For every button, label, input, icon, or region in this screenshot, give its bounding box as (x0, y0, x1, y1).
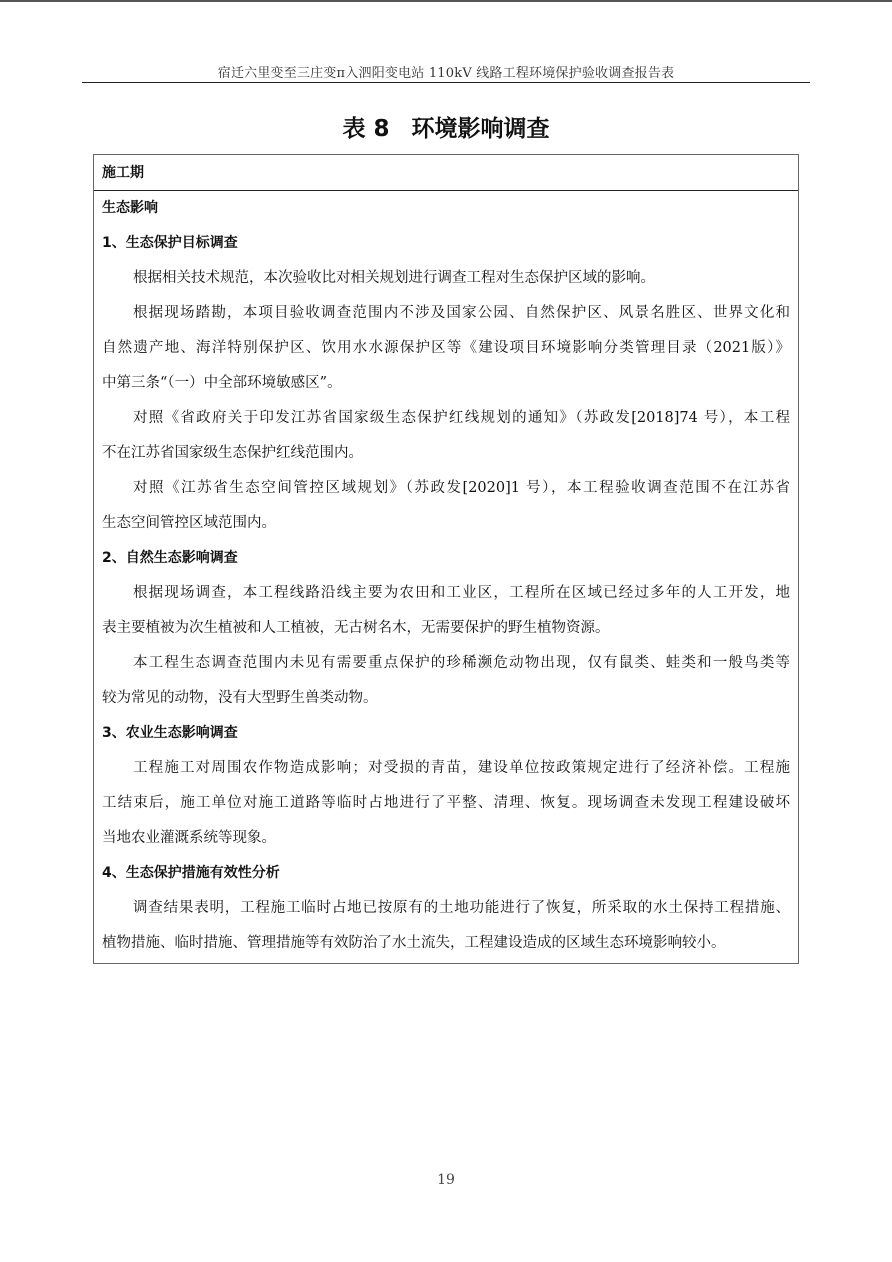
section-heading: 3、农业生态影响调查 (102, 716, 790, 751)
paragraph-line: 根据现场调查，本工程线路沿线主要为农田和工业区，工程所在区域已经过多年的人工开发… (102, 576, 790, 611)
paragraph-line: 当地农业灌溉系统等现象。 (102, 821, 790, 856)
paragraph-line: 不在江苏省国家级生态保护红线范围内。 (102, 436, 790, 471)
paragraph-line: 工程施工对周围农作物造成影响；对受损的青苗，建设单位按政策规定进行了经济补偿。工… (102, 751, 790, 786)
section-heading: 1、生态保护目标调查 (102, 226, 790, 261)
running-header: 宿迁六里变至三庄变π入泗阳变电站 110kV 线路工程环境保护验收调查报告表 (82, 62, 810, 81)
section-heading: 4、生态保护措施有效性分析 (102, 856, 790, 891)
page-number: 19 (0, 1172, 892, 1188)
paragraph-line: 调查结果表明，工程施工临时占地已按原有的土地功能进行了恢复，所采取的水土保持工程… (102, 891, 790, 926)
header-rule (82, 82, 810, 83)
table-title: 表 8环境影响调查 (0, 110, 892, 143)
construction-period-header: 施工期 (94, 155, 798, 191)
paragraph-line: 根据相关技术规范，本次验收比对相关规划进行调查工程对生态保护区域的影响。 (102, 261, 790, 296)
paragraph-line: 本工程生态调查范围内未见有需要重点保护的珍稀濒危动物出现，仅有鼠类、蛙类和一般鸟… (102, 646, 790, 681)
paragraph-line: 较为常见的动物，没有大型野生兽类动物。 (102, 681, 790, 716)
paragraph-line: 生态空间管控区域范围内。 (102, 506, 790, 541)
paragraph-line: 工结束后，施工单位对施工道路等临时占地进行了平整、清理、恢复。现场调查未发现工程… (102, 786, 790, 821)
table-number: 表 8 (342, 116, 389, 142)
table-content: 生态影响 1、生态保护目标调查 根据相关技术规范，本次验收比对相关规划进行调查工… (94, 191, 798, 961)
paragraph-line: 中第三条“（一）中全部环境敏感区”。 (102, 366, 790, 401)
section-heading: 2、自然生态影响调查 (102, 541, 790, 576)
table-title-text: 环境影响调查 (412, 116, 550, 142)
paragraph-line: 对照《江苏省生态空间管控区域规划》（苏政发[2020]1 号），本工程验收调查范… (102, 471, 790, 506)
ecological-impact-label: 生态影响 (102, 191, 790, 226)
paragraph-line: 对照《省政府关于印发江苏省国家级生态保护红线规划的通知》（苏政发[2018]74… (102, 401, 790, 436)
page-top-edge (0, 0, 892, 2)
paragraph-line: 根据现场踏勘，本项目验收调查范围内不涉及国家公园、自然保护区、风景名胜区、世界文… (102, 296, 790, 331)
paragraph-line: 表主要植被为次生植被和人工植被，无古树名木，无需要保护的野生植物资源。 (102, 611, 790, 646)
environmental-impact-table: 施工期 生态影响 1、生态保护目标调查 根据相关技术规范，本次验收比对相关规划进… (93, 154, 799, 964)
paragraph-line: 自然遗产地、海洋特别保护区、饮用水水源保护区等《建设项目环境影响分类管理目录（2… (102, 331, 790, 366)
paragraph-line: 植物措施、临时措施、管理措施等有效防治了水土流失，工程建设造成的区域生态环境影响… (102, 926, 790, 961)
